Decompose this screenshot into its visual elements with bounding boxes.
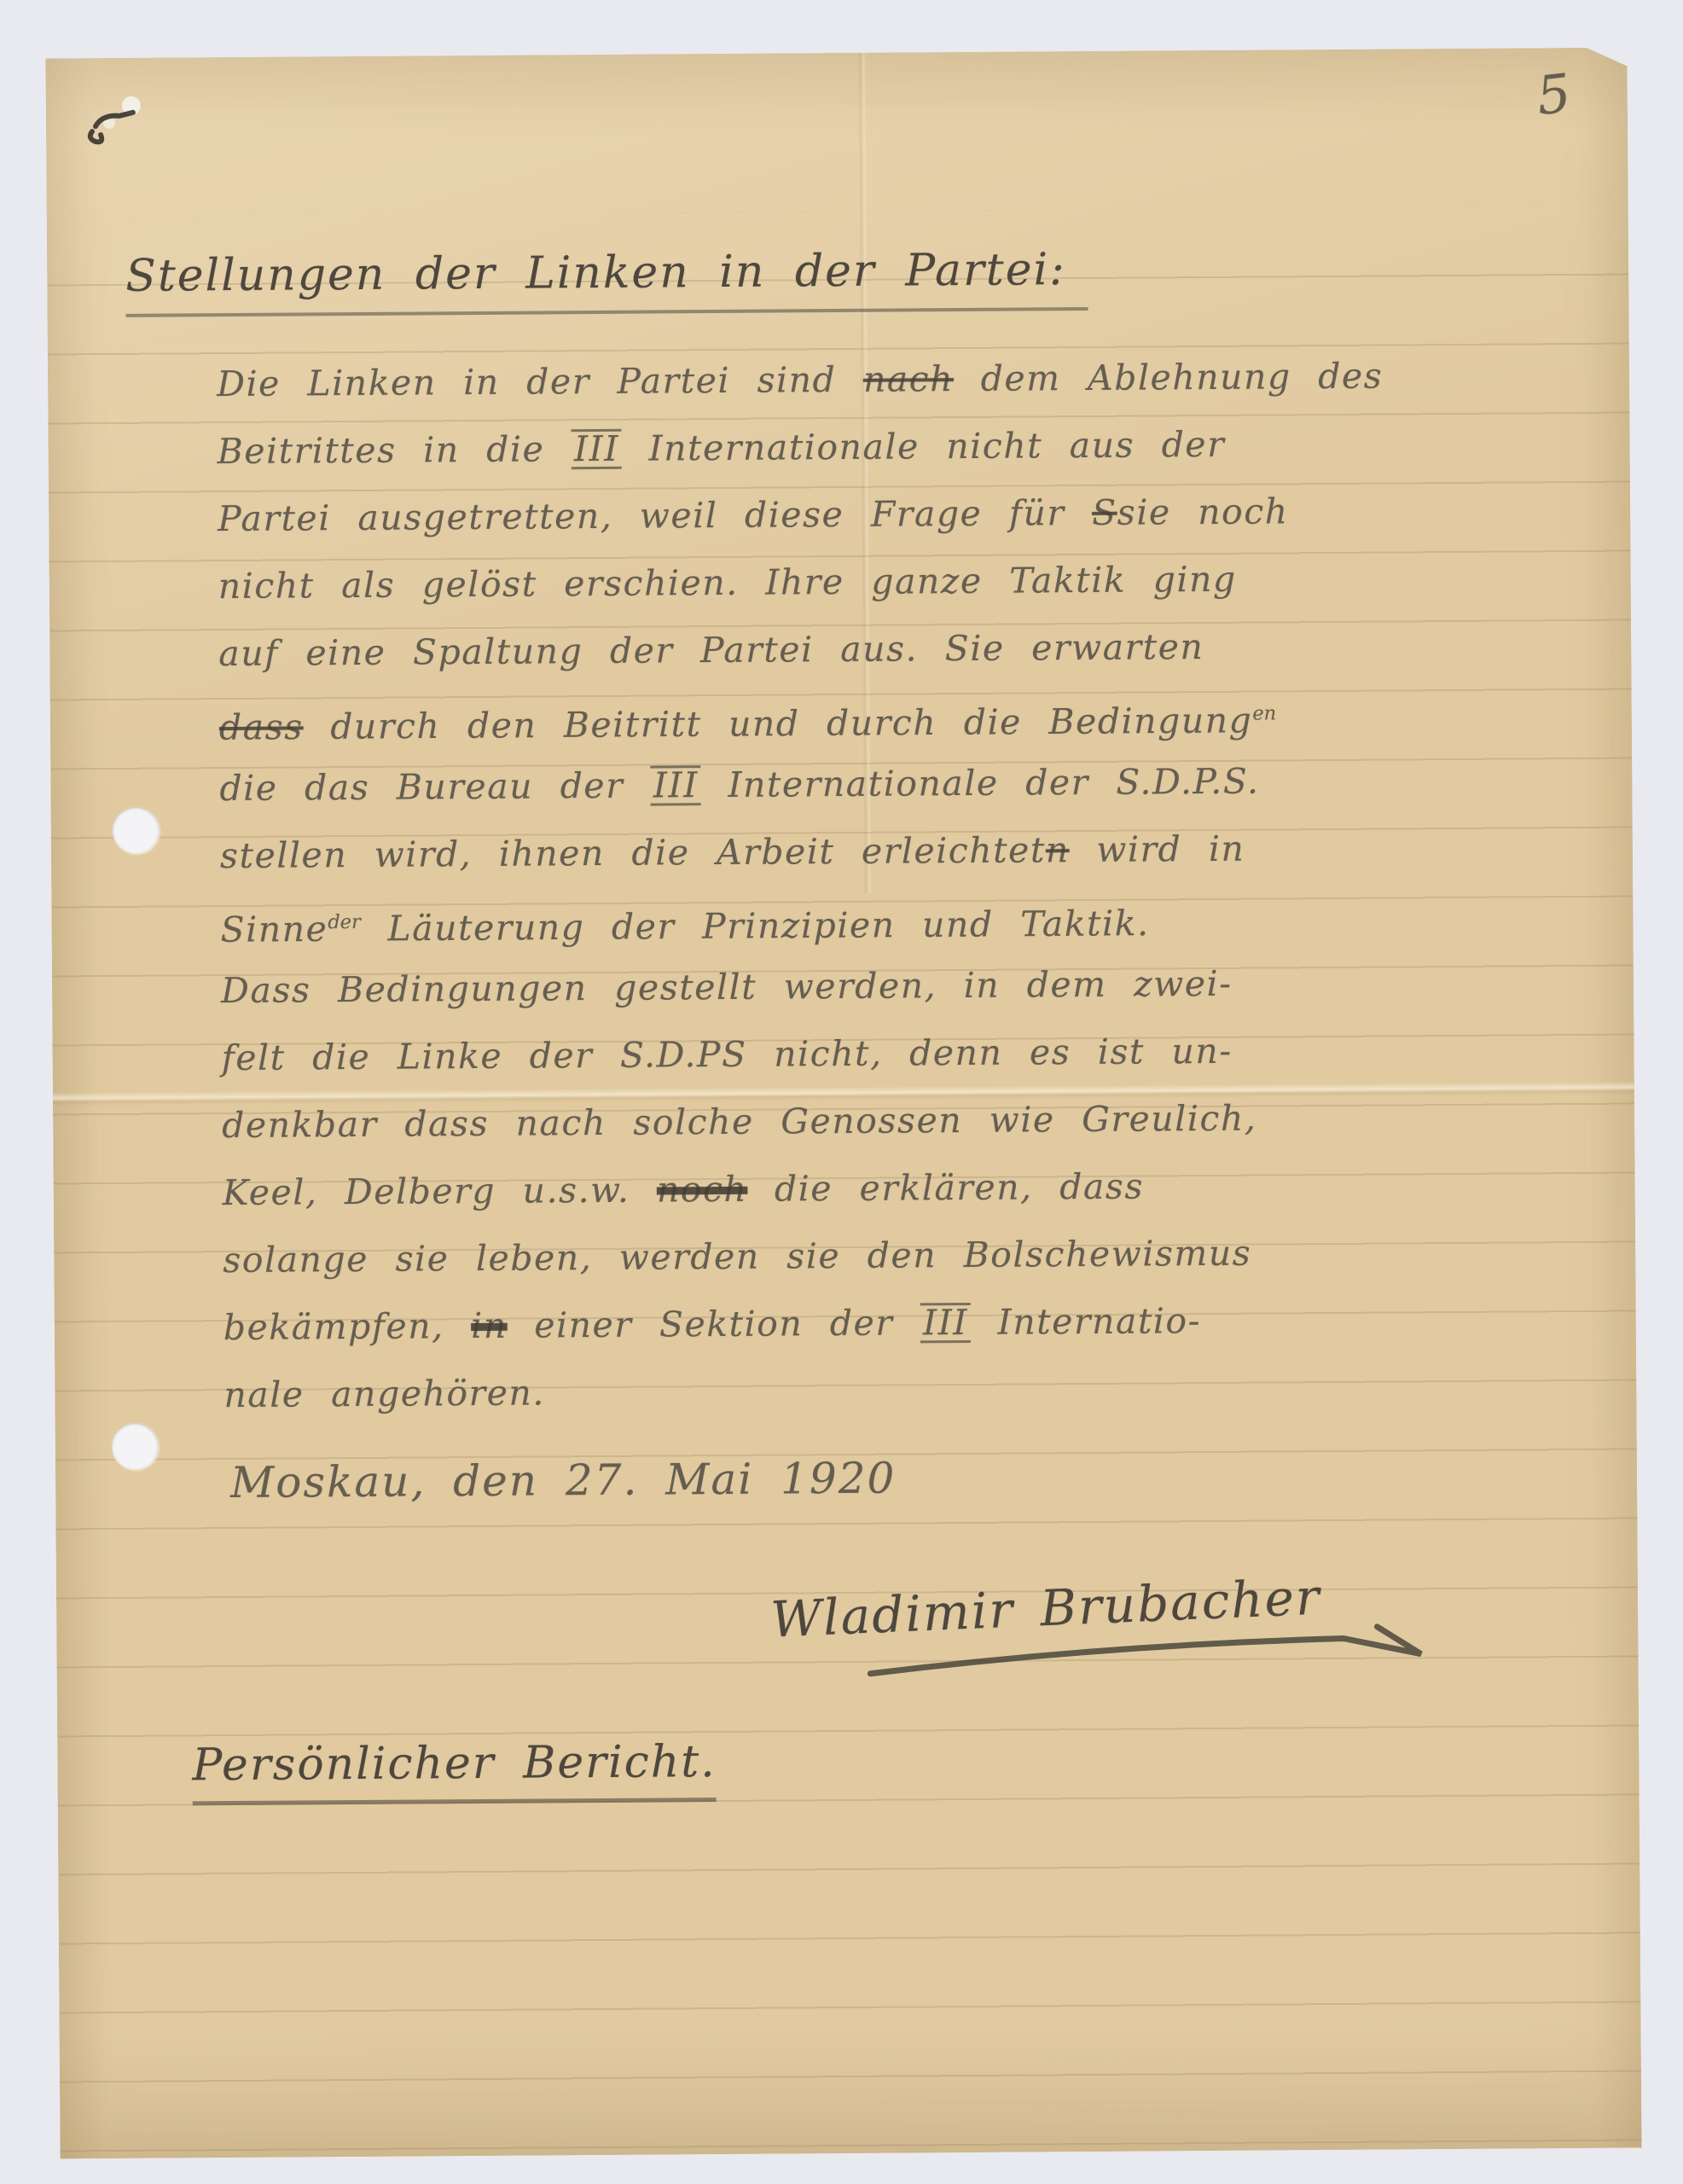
scanned-document-page: { "page": { "page_number": "5", "corner_… xyxy=(0,0,1683,2184)
handwriting-segment: wird in xyxy=(1070,828,1245,870)
paper-sheet: 5 Stellungen der Linken in der Partei: D… xyxy=(45,48,1641,2159)
handwriting-segment-sup: en xyxy=(1252,702,1276,724)
scan-background: 5 Stellungen der Linken in der Partei: D… xyxy=(0,0,1683,2184)
handwriting-segment-strike: S xyxy=(1092,492,1117,533)
handwriting-segment: einer Sektion der xyxy=(508,1302,921,1345)
handwritten-line: nale angehören. xyxy=(223,1354,1390,1430)
handwritten-line: Sinneder Läuterung der Prinzipien und Ta… xyxy=(220,882,1387,958)
corner-damage-mark xyxy=(70,81,173,159)
handwriting-segment-iii: III xyxy=(651,765,701,805)
handwritten-line: auf eine Spaltung der Partei aus. Sie er… xyxy=(218,613,1385,688)
punch-hole-top xyxy=(113,807,160,854)
handwriting-segment: auf eine Spaltung der Partei aus. Sie er… xyxy=(218,626,1204,674)
handwriting-segment-strike: n xyxy=(1046,829,1070,870)
handwritten-line: denkbar dass nach solche Genossen wie Gr… xyxy=(222,1084,1389,1160)
handwritten-line: Beitrittes in die III Internationale nic… xyxy=(217,410,1384,486)
handwriting-segment: Sinne xyxy=(220,909,328,950)
handwriting-segment: bekämpfen, xyxy=(223,1305,472,1348)
handwritten-line: dass durch den Beitritt und durch die Be… xyxy=(219,680,1386,756)
handwriting-segment: solange sie leben, werden sie den Bolsch… xyxy=(223,1233,1251,1281)
body-paragraph: Die Linken in der Partei sind nach dem A… xyxy=(217,343,1390,1430)
handwriting-segment: dem Ablehnung des xyxy=(954,356,1383,400)
handwriting-segment: Internationale nicht aus der xyxy=(622,424,1226,469)
handwriting-segment: durch den Beitritt und durch die Bedingu… xyxy=(304,700,1253,747)
handwriting-segment: Dass Bedingungen gestellt werden, in dem… xyxy=(221,963,1233,1011)
handwriting-segment: nicht als gelöst erschien. Ihre ganze Ta… xyxy=(218,559,1237,607)
handwriting-segment: sie noch xyxy=(1117,491,1289,532)
handwritten-line: bekämpfen, in einer Sektion der III Inte… xyxy=(223,1287,1390,1362)
handwriting-segment-sup: der xyxy=(328,911,361,933)
handwritten-line: solange sie leben, werden sie den Bolsch… xyxy=(223,1219,1390,1295)
handwritten-line: die das Bureau der III Internationale de… xyxy=(219,747,1386,823)
handwriting-segment: Internationale der S.D.P.S. xyxy=(701,761,1260,806)
handwritten-line: nicht als gelöst erschien. Ihre ganze Ta… xyxy=(218,545,1384,621)
handwriting-segment: Die Linken in der Partei sind xyxy=(217,359,863,404)
handwriting-segment-iii: III xyxy=(920,1303,971,1343)
page-number: 5 xyxy=(1534,61,1574,127)
handwriting-segment-strike: nach xyxy=(863,358,955,400)
handwritten-line: felt die Linke der S.D.PS nicht, denn es… xyxy=(221,1017,1388,1093)
handwriting-segment: stellen wird, ihnen die Arbeit erleichte… xyxy=(220,829,1046,876)
handwriting-segment-scribble: noch xyxy=(657,1169,748,1211)
report-label: Persönlicher Bericht. xyxy=(192,1736,717,1805)
dateline: Moskau, den 27. Mai 1920 xyxy=(230,1454,897,1507)
handwriting-segment: nale angehören. xyxy=(223,1372,545,1415)
handwriting-segment: denkbar dass nach solche Genossen wie Gr… xyxy=(222,1098,1256,1146)
handwriting-segment: felt die Linke der S.D.PS nicht, denn es… xyxy=(221,1031,1232,1078)
signature-block: Wladimir Brubacher xyxy=(769,1562,1455,1694)
handwriting-segment-strike: dass xyxy=(219,706,304,748)
handwriting-segment: Läuterung der Prinzipien und Taktik. xyxy=(361,903,1150,949)
handwriting-segment: Beitrittes in die xyxy=(217,428,572,472)
document-heading: Stellungen der Linken in der Partei: xyxy=(125,244,1088,317)
handwriting-segment: Keel, Delberg u.s.w. xyxy=(223,1170,658,1214)
handwriting-segment-iii: III xyxy=(572,429,622,469)
handwriting-segment: die erklären, dass xyxy=(747,1166,1144,1210)
handwritten-line: Keel, Delberg u.s.w. noch die erklären, … xyxy=(222,1152,1389,1228)
handwriting-segment-scribble: in xyxy=(471,1305,508,1346)
handwriting-segment: die das Bureau der xyxy=(219,765,651,810)
handwriting-segment: Partei ausgetretten, weil diese Frage fü… xyxy=(218,492,1092,539)
handwritten-line: Dass Bedingungen gestellt werden, in dem… xyxy=(221,950,1388,1025)
punch-hole-bottom xyxy=(112,1423,159,1470)
handwriting-segment: Internatio- xyxy=(971,1300,1201,1343)
handwritten-line: Partei ausgetretten, weil diese Frage fü… xyxy=(218,478,1384,554)
handwritten-line: Die Linken in der Partei sind nach dem A… xyxy=(217,343,1384,419)
handwritten-line: stellen wird, ihnen die Arbeit erleichte… xyxy=(220,815,1387,891)
